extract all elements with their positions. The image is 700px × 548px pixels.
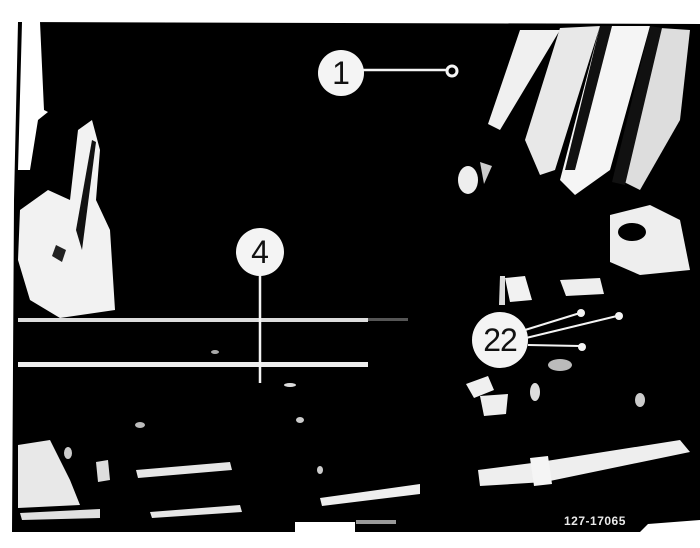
callout-1-label: 1	[332, 55, 350, 92]
callout-4: 4	[236, 228, 284, 276]
callout-4-label: 4	[251, 234, 269, 271]
callout-1: 1	[318, 50, 364, 96]
callout-22-label: 22	[483, 322, 517, 359]
callout-22: 22	[472, 312, 528, 368]
manual-figure: 1 4 22 127-17065	[0, 0, 700, 548]
figure-reference-number: 127-17065	[564, 514, 626, 528]
